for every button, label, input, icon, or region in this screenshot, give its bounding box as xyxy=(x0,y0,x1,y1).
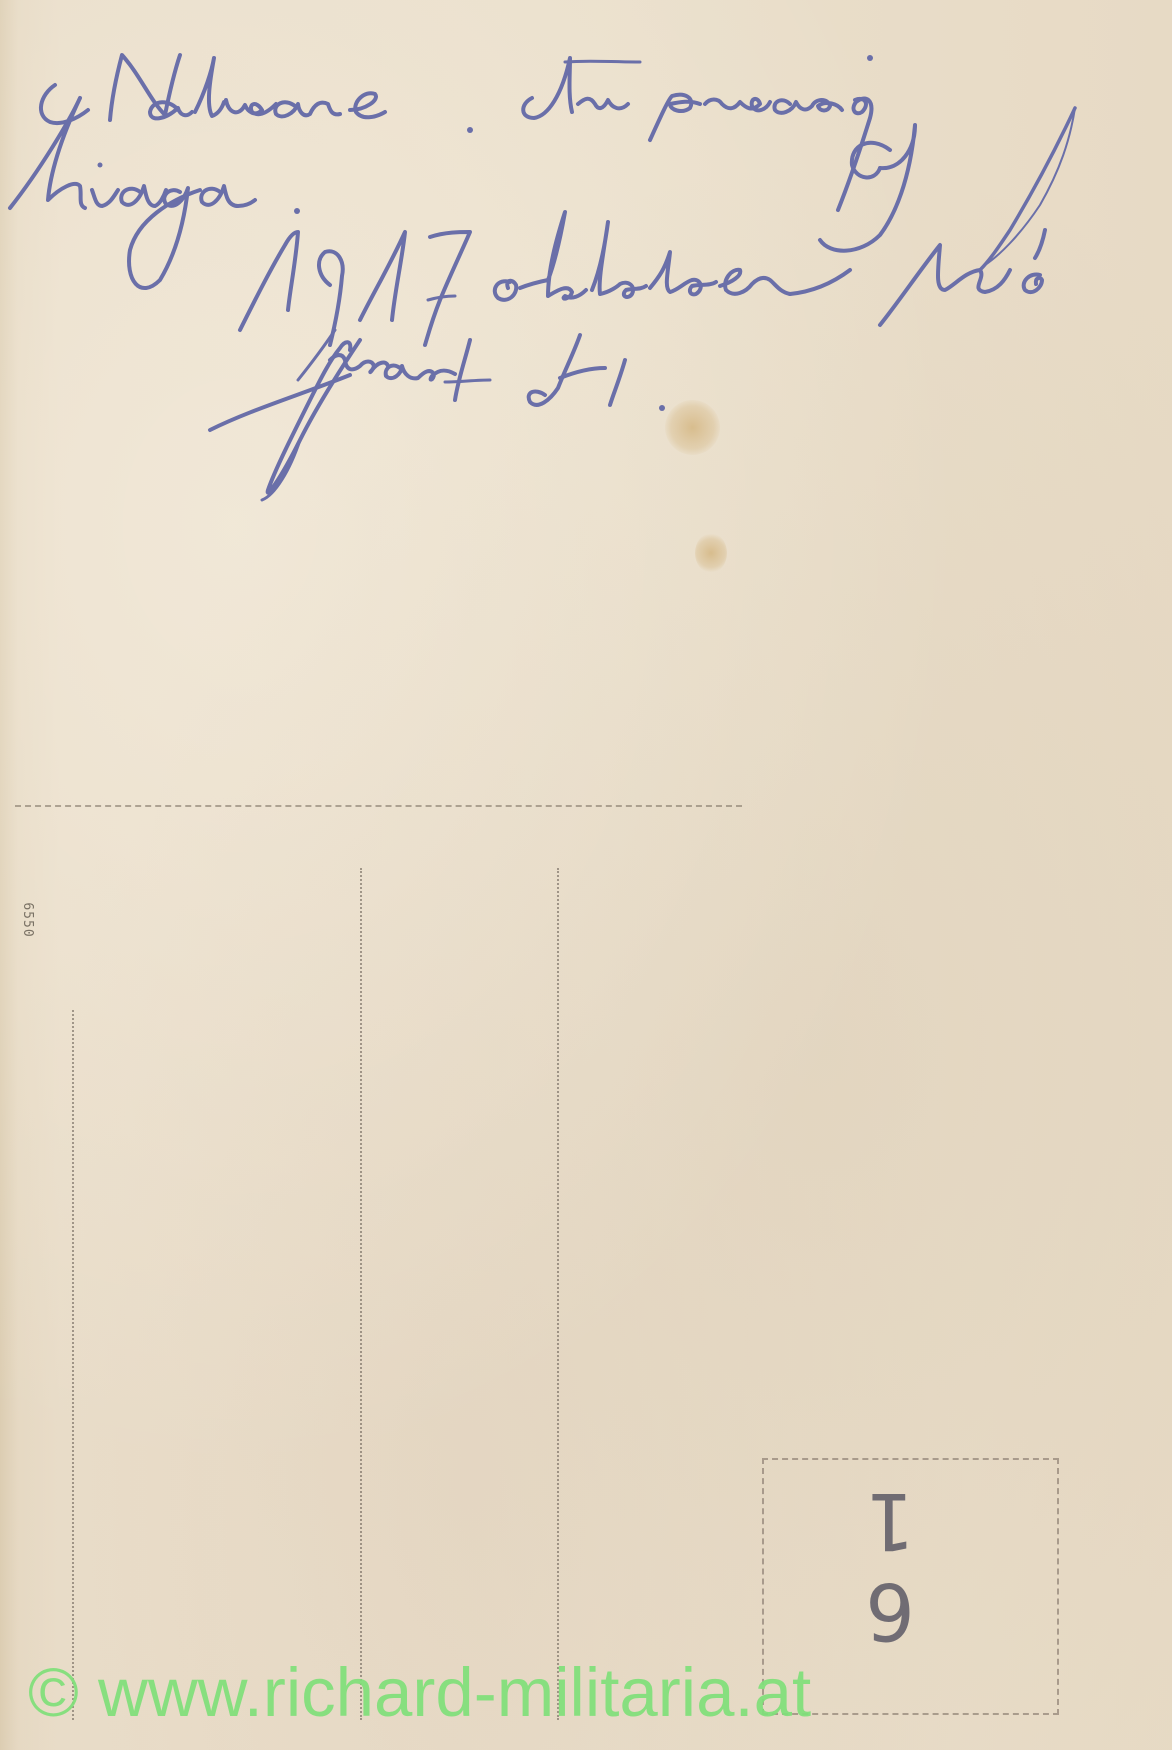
address-line-middle xyxy=(360,868,362,1720)
divider-line-horizontal xyxy=(15,805,742,807)
address-line-left xyxy=(72,1010,74,1720)
postcard-back: Naliane. Arzparasig hiaga. 1917 oktober … xyxy=(0,0,1172,1750)
copyright-watermark: © www.richard-militaria.at xyxy=(28,1648,1168,1738)
handwritten-inscription: Naliane. Arzparasig hiaga. 1917 oktober … xyxy=(0,0,1172,560)
handwriting-strokes xyxy=(0,0,1172,560)
address-line-right xyxy=(557,868,559,1720)
printed-code: 6550 xyxy=(0,900,68,940)
pencil-number: 61 xyxy=(850,1505,930,1625)
